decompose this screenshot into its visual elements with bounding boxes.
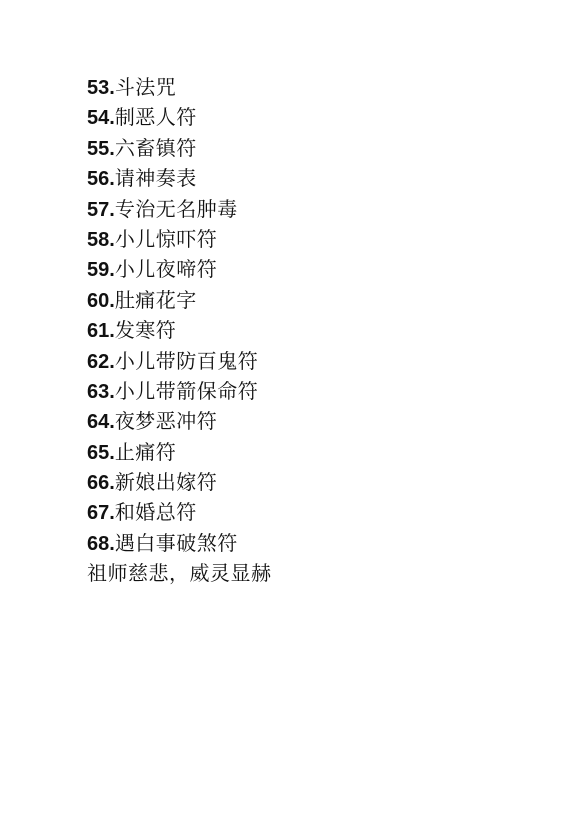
item-text: 请神奏表 xyxy=(115,166,197,190)
list-item: 59.小儿夜啼符 xyxy=(87,254,547,284)
item-number: 60. xyxy=(87,290,115,312)
list-item: 60.肚痛花字 xyxy=(87,285,547,315)
list-item: 54.制恶人符 xyxy=(87,102,547,132)
list-item: 57.专治无名肿毒 xyxy=(87,194,547,224)
list-item: 62.小儿带防百鬼符 xyxy=(87,346,547,376)
item-text: 斗法咒 xyxy=(115,75,177,99)
item-text: 小儿带防百鬼符 xyxy=(115,349,259,373)
item-text: 小儿带箭保命符 xyxy=(115,379,259,403)
item-number: 64. xyxy=(87,411,115,433)
item-text: 发寒符 xyxy=(115,318,177,342)
list-item: 53.斗法咒 xyxy=(87,72,547,102)
list-item: 56.请神奏表 xyxy=(87,163,547,193)
item-text: 新娘出嫁符 xyxy=(115,470,218,494)
item-text: 专治无名肿毒 xyxy=(115,197,238,221)
item-number: 54. xyxy=(87,107,115,129)
item-text: 小儿惊吓符 xyxy=(115,227,218,251)
item-number: 65. xyxy=(87,442,115,464)
list-item: 66.新娘出嫁符 xyxy=(87,467,547,497)
closing-text: 祖师慈悲，威灵显赫 xyxy=(87,561,272,585)
item-number: 66. xyxy=(87,472,115,494)
item-text: 止痛符 xyxy=(115,440,177,464)
list-item: 63.小儿带箭保命符 xyxy=(87,376,547,406)
item-number: 59. xyxy=(87,259,115,281)
item-text: 肚痛花字 xyxy=(115,288,197,312)
item-number: 53. xyxy=(87,77,115,99)
list-item: 68.遇白事破煞符 xyxy=(87,528,547,558)
list-item: 64.夜梦恶冲符 xyxy=(87,406,547,436)
item-text: 小儿夜啼符 xyxy=(115,257,218,281)
item-text: 制恶人符 xyxy=(115,105,197,129)
item-number: 55. xyxy=(87,138,115,160)
item-number: 68. xyxy=(87,533,115,555)
list-item: 58.小儿惊吓符 xyxy=(87,224,547,254)
item-number: 62. xyxy=(87,351,115,373)
item-number: 63. xyxy=(87,381,115,403)
document-page: 53.斗法咒 54.制恶人符 55.六畜镇符 56.请神奏表 57.专治无名肿毒… xyxy=(87,72,547,589)
item-number: 56. xyxy=(87,168,115,190)
item-text: 遇白事破煞符 xyxy=(115,531,238,555)
item-number: 61. xyxy=(87,320,115,342)
item-text: 夜梦恶冲符 xyxy=(115,409,218,433)
list-item: 55.六畜镇符 xyxy=(87,133,547,163)
item-number: 67. xyxy=(87,502,115,524)
list-item: 65.止痛符 xyxy=(87,437,547,467)
list-item: 61.发寒符 xyxy=(87,315,547,345)
item-number: 57. xyxy=(87,199,115,221)
closing-line: 祖师慈悲，威灵显赫 xyxy=(87,558,547,588)
list-item: 67.和婚总符 xyxy=(87,497,547,527)
item-text: 六畜镇符 xyxy=(115,136,197,160)
item-text: 和婚总符 xyxy=(115,500,197,524)
item-number: 58. xyxy=(87,229,115,251)
